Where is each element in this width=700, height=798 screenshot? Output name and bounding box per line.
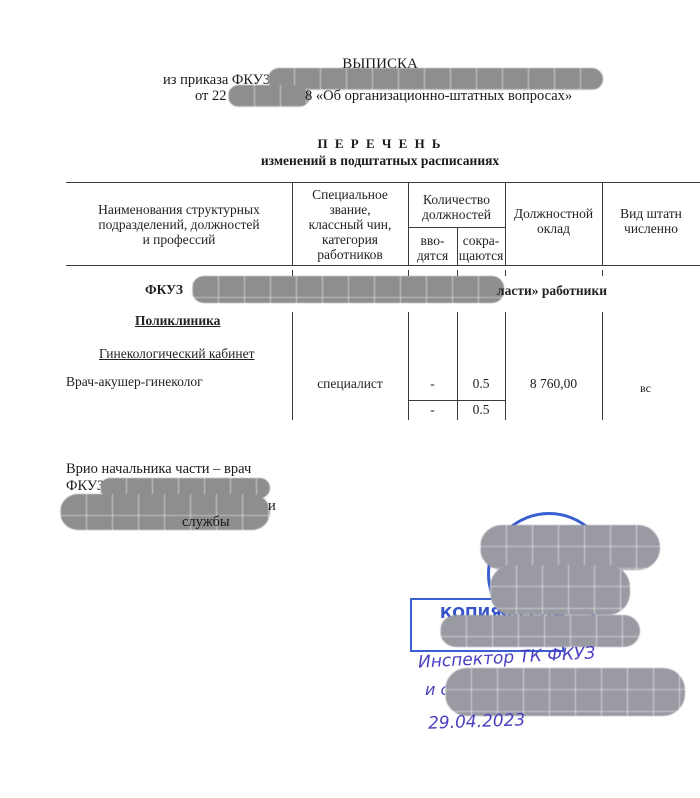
- redaction-order-name: [268, 68, 603, 90]
- col-header-salary: Должностнойоклад: [505, 206, 602, 236]
- signature-line-4: службы: [182, 514, 230, 531]
- signature-line-2: ФКУЗ: [66, 478, 104, 495]
- list-title: П Е Р Е Ч Е Н Ь: [215, 136, 545, 152]
- signature-line-1: Врио начальника части – врач: [66, 461, 251, 478]
- col-header-introduced: вво-дятся: [408, 233, 457, 263]
- handwritten-date: 29.04.2023: [428, 710, 526, 733]
- row-staff-kind: вс: [640, 381, 651, 396]
- redaction-order-date: [228, 85, 310, 107]
- col-header-rank: Специальноезвание,классный чин,категория…: [292, 187, 408, 262]
- col-header-staff-kind: Вид штатнчисленно: [602, 206, 700, 236]
- order-line-2-prefix: от 22: [195, 88, 227, 105]
- col-header-quantity: Количестводолжностей: [408, 192, 505, 222]
- col-header-reduced: сокра-щаются: [457, 233, 505, 263]
- signature-line-3: и: [268, 498, 276, 515]
- row-reduced: 0.5: [457, 376, 505, 392]
- order-line-2-suffix: 8 «Об организационно-штатных вопросах»: [305, 88, 572, 105]
- row-salary: 8 760,00: [505, 376, 602, 392]
- row-reduced: 0.5: [457, 402, 505, 418]
- col-header-name: Наименования структурныхподразделений, д…: [66, 202, 292, 247]
- redaction-stamp-1: [480, 525, 660, 570]
- row-rank: специалист: [292, 376, 408, 392]
- row-introduced: -: [408, 402, 457, 418]
- redaction-signature-name: [60, 494, 270, 530]
- redaction-handwritten-name: [445, 668, 685, 716]
- redaction-stamp-3: [440, 615, 640, 647]
- row-introduced: -: [408, 376, 457, 392]
- redaction-org-name: [192, 276, 504, 303]
- section-polyclinic: Поликлиника: [135, 313, 220, 329]
- org-row-suffix: ласти» работники: [497, 283, 607, 299]
- list-subtitle: изменений в подштатных расписаниях: [200, 153, 560, 169]
- org-row-prefix: ФКУЗ: [145, 282, 183, 298]
- row-position-name: Врач-акушер-гинеколог: [66, 374, 203, 390]
- subsection-gynecology: Гинекологический кабинет: [99, 346, 254, 362]
- redaction-stamp-2: [490, 565, 630, 615]
